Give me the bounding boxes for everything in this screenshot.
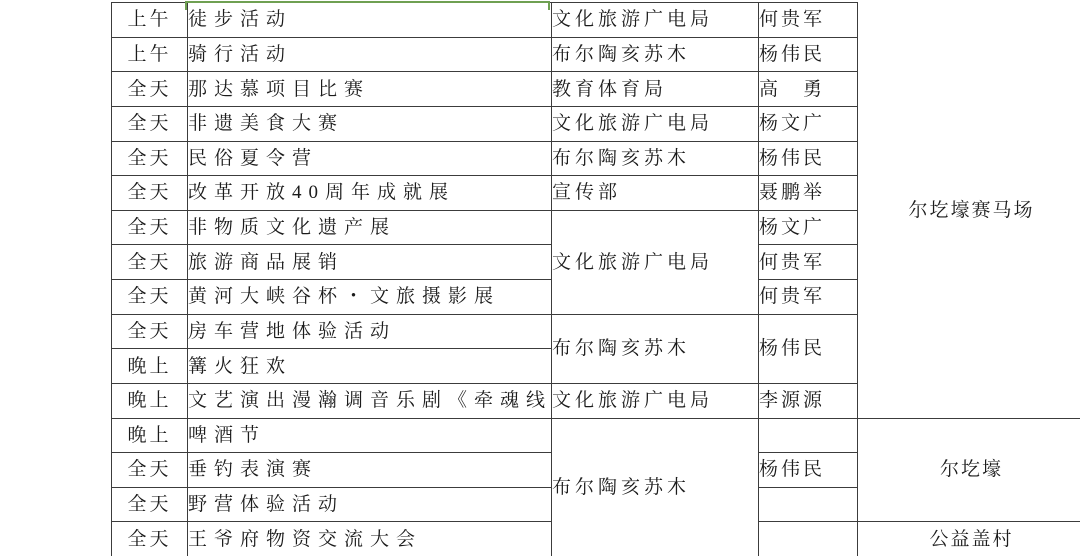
person-cell[interactable]: 聂鹏举 — [759, 176, 858, 211]
time-cell[interactable]: 全天 — [112, 210, 188, 245]
activity-cell[interactable]: 非物质文化遗产展 — [188, 210, 552, 245]
activity-cell[interactable]: 非遗美食大赛 — [188, 106, 552, 141]
person-cell-merged[interactable]: 杨伟民 — [759, 314, 858, 383]
cell-selection-outline-left-tick — [185, 1, 187, 10]
activity-cell[interactable]: 那达慕项目比赛 — [188, 72, 552, 107]
activity-cell[interactable]: 垂钓表演赛 — [188, 453, 552, 488]
activity-cell[interactable]: 王爷府物资交流大会 — [188, 522, 552, 556]
person-cell-empty[interactable] — [759, 418, 858, 453]
activity-cell[interactable]: 房车营地体验活动 — [188, 314, 552, 349]
time-cell[interactable]: 全天 — [112, 453, 188, 488]
time-cell[interactable]: 晚上 — [112, 418, 188, 453]
time-cell[interactable]: 全天 — [112, 487, 188, 522]
activity-cell[interactable]: 黄河大峡谷杯・文旅摄影展 — [188, 280, 552, 315]
person-cell-empty[interactable] — [759, 487, 858, 522]
person-cell-empty[interactable] — [759, 522, 858, 556]
activity-cell[interactable]: 骑行活动 — [188, 37, 552, 72]
department-cell-merged[interactable]: 布尔陶亥苏木 — [552, 418, 759, 556]
activity-cell[interactable]: 民俗夏令营 — [188, 141, 552, 176]
activity-cell[interactable]: 文艺演出漫瀚调音乐剧《牵魂线 — [188, 383, 552, 418]
department-cell[interactable]: 文化旅游广电局 — [552, 383, 759, 418]
activity-cell[interactable]: 啤酒节 — [188, 418, 552, 453]
activity-cell[interactable]: 篝火狂欢 — [188, 349, 552, 384]
time-cell[interactable]: 上午 — [112, 37, 188, 72]
person-cell[interactable]: 何贵军 — [759, 280, 858, 315]
cell-selection-outline — [186, 1, 550, 3]
person-cell[interactable]: 杨伟民 — [759, 453, 858, 488]
department-cell[interactable]: 布尔陶亥苏木 — [552, 141, 759, 176]
time-cell[interactable]: 全天 — [112, 280, 188, 315]
activity-cell[interactable]: 野营体验活动 — [188, 487, 552, 522]
activity-cell[interactable]: 改革开放40周年成就展 — [188, 176, 552, 211]
cell-selection-outline-right-tick — [548, 1, 550, 10]
time-cell[interactable]: 全天 — [112, 72, 188, 107]
person-cell[interactable]: 何贵军 — [759, 245, 858, 280]
time-cell[interactable]: 全天 — [112, 314, 188, 349]
time-cell[interactable]: 全天 — [112, 141, 188, 176]
department-cell[interactable]: 文化旅游广电局 — [552, 3, 759, 38]
department-cell-merged[interactable]: 布尔陶亥苏木 — [552, 314, 759, 383]
person-cell[interactable]: 杨伟民 — [759, 141, 858, 176]
spreadsheet-content-area: 上午 徒步活动 文化旅游广电局 何贵军 尔圪壕赛马场 上午 骑行活动 布尔陶亥苏… — [0, 0, 1080, 556]
activity-cell[interactable]: 旅游商品展销 — [188, 245, 552, 280]
activity-cell-selected[interactable]: 徒步活动 — [188, 3, 552, 38]
location-cell[interactable]: 公益盖村 — [858, 522, 1080, 556]
person-cell[interactable]: 李源源 — [759, 383, 858, 418]
time-cell[interactable]: 晚上 — [112, 349, 188, 384]
person-cell[interactable]: 何贵军 — [759, 3, 858, 38]
department-cell[interactable]: 宣传部 — [552, 176, 759, 211]
person-cell[interactable]: 杨伟民 — [759, 37, 858, 72]
time-cell[interactable]: 晚上 — [112, 383, 188, 418]
time-cell[interactable]: 全天 — [112, 245, 188, 280]
location-cell[interactable]: 尔圪壕赛马场 — [858, 3, 1080, 419]
time-cell[interactable]: 全天 — [112, 522, 188, 556]
person-cell[interactable]: 杨文广 — [759, 210, 858, 245]
time-cell[interactable]: 全天 — [112, 106, 188, 141]
person-cell[interactable]: 高 勇 — [759, 72, 858, 107]
department-cell[interactable]: 布尔陶亥苏木 — [552, 37, 759, 72]
department-cell-merged[interactable]: 文化旅游广电局 — [552, 210, 759, 314]
department-cell[interactable]: 教育体育局 — [552, 72, 759, 107]
table-row: 上午 徒步活动 文化旅游广电局 何贵军 尔圪壕赛马场 — [112, 3, 1080, 38]
location-cell[interactable]: 尔圪壕 — [858, 418, 1080, 522]
event-schedule-table: 上午 徒步活动 文化旅游广电局 何贵军 尔圪壕赛马场 上午 骑行活动 布尔陶亥苏… — [111, 2, 1080, 556]
person-cell[interactable]: 杨文广 — [759, 106, 858, 141]
table-row: 晚上 啤酒节 布尔陶亥苏木 尔圪壕 — [112, 418, 1080, 453]
time-cell[interactable]: 上午 — [112, 3, 188, 38]
time-cell[interactable]: 全天 — [112, 176, 188, 211]
department-cell[interactable]: 文化旅游广电局 — [552, 106, 759, 141]
